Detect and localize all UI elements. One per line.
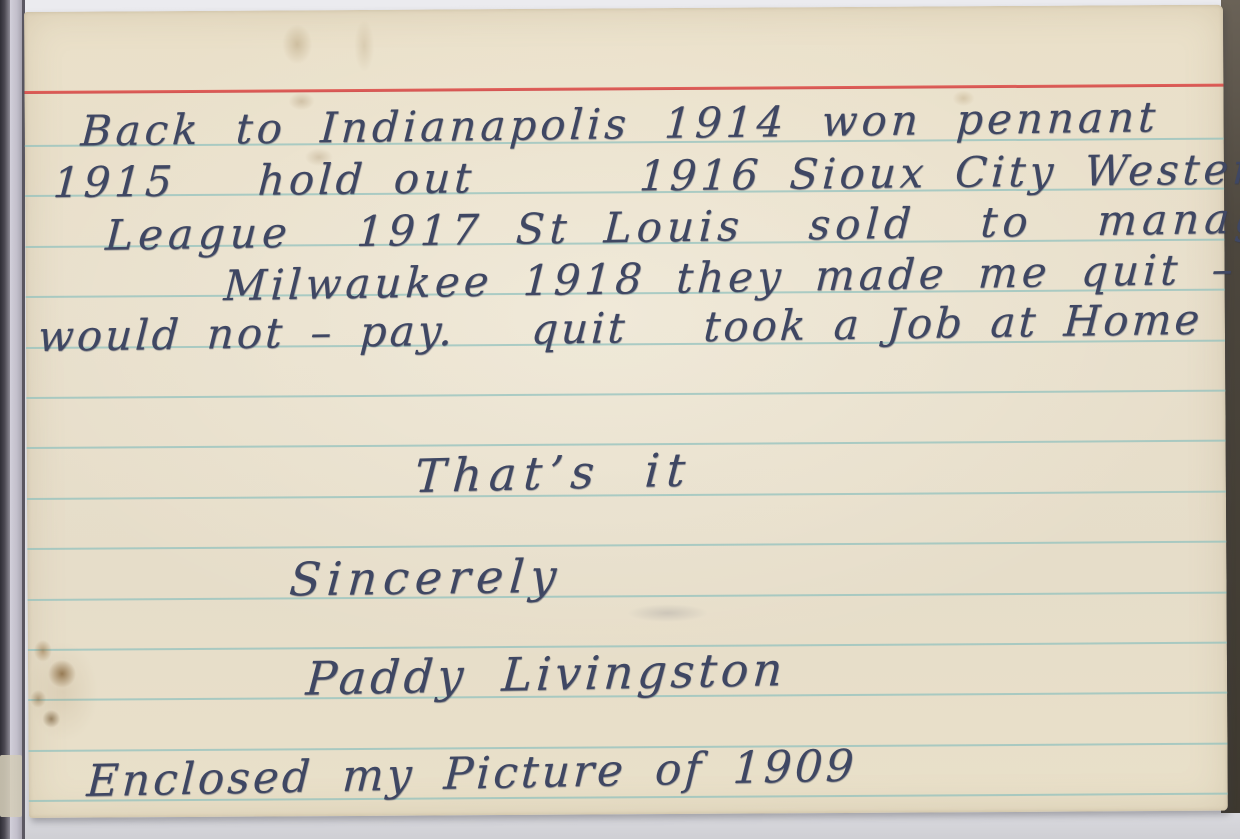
postscript-line: Enclosed my Picture of 1909 <box>85 742 858 808</box>
pencil-smudge <box>628 604 708 622</box>
handwriting-line-5: would not – pay. quit took a Job at Home <box>37 296 1204 362</box>
blue-rule-line <box>26 390 1225 399</box>
closing-line: That’s it <box>413 443 694 503</box>
stain-spot <box>354 20 374 72</box>
stain-spot <box>288 92 314 110</box>
signoff-line: Sincerely <box>288 550 565 607</box>
index-card: Back to Indianapolis 1914 won pennant 19… <box>24 5 1228 818</box>
stain-spot <box>282 24 312 64</box>
foxing-haze <box>28 642 99 742</box>
signature-line: Paddy Livingston <box>304 643 788 706</box>
sleeve-edge-light-bar <box>10 0 22 839</box>
stain-spot <box>952 90 974 106</box>
blue-rule-line <box>28 592 1227 601</box>
stain-spot <box>305 148 333 166</box>
card-behind-corner <box>0 755 22 817</box>
blue-rule-line <box>27 541 1226 550</box>
red-rule-line <box>24 84 1223 94</box>
sleeve-edge-dark-bar <box>0 0 10 839</box>
